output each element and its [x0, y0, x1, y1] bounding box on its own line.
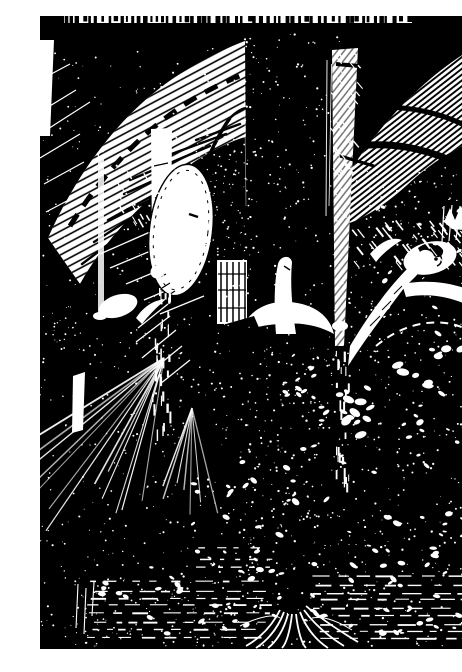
speckle-dot	[401, 332, 403, 334]
ground-streak	[226, 598, 240, 600]
speckle-dot	[383, 187, 384, 188]
speckle-dot	[344, 413, 345, 414]
speckle-dot	[137, 89, 138, 90]
speckle-dot	[372, 402, 374, 404]
speckle-dot	[275, 119, 277, 121]
speckle-dot	[190, 582, 191, 583]
speckle-dot	[301, 466, 303, 468]
speckle-dot	[342, 282, 344, 284]
speckle-dot	[174, 443, 175, 444]
speckle-dot	[310, 348, 311, 349]
speckle-dot	[391, 266, 392, 267]
speckle-dot	[370, 309, 372, 311]
speckle-dot	[125, 452, 126, 453]
speckle-dot	[277, 445, 278, 446]
speckle-dot	[286, 568, 287, 569]
speckle-dot	[261, 442, 263, 444]
speckle-dot	[414, 196, 416, 198]
speckle-dot	[266, 366, 267, 367]
speckle-dot	[433, 289, 435, 291]
speckle-dot	[443, 217, 445, 219]
speckle-dot	[324, 359, 325, 360]
speckle-dot	[342, 317, 343, 318]
speckle-dot	[285, 186, 287, 188]
ground-streak	[313, 608, 320, 609]
ground-streak	[339, 575, 348, 576]
speckle-dot	[363, 519, 365, 521]
speckle-dot	[306, 369, 307, 370]
speckle-dot	[405, 362, 406, 363]
speckle-dot	[277, 183, 279, 185]
speckle-dot	[316, 454, 318, 456]
speckle-dot	[255, 299, 257, 301]
speckle-dot	[195, 198, 196, 199]
speckle-dot	[415, 207, 417, 209]
ground-streak	[217, 547, 226, 548]
ground-streak	[446, 638, 456, 640]
speckle-dot	[225, 169, 227, 171]
ground-streak	[350, 593, 368, 595]
speckle-dot	[319, 401, 320, 402]
speckle-dot	[217, 254, 219, 256]
speckle-dot	[369, 335, 371, 337]
speckle-dot	[124, 579, 125, 580]
engraving-page: Underground cavern engraving Black-and-w…	[40, 16, 462, 656]
speckle-dot	[372, 515, 373, 516]
speckle-dot	[282, 404, 284, 406]
speckle-dot	[289, 259, 290, 260]
speckle-dot	[123, 185, 124, 186]
speckle-dot	[380, 196, 382, 198]
speckle-dot	[316, 515, 318, 517]
speckle-dot	[134, 114, 136, 116]
speckle-dot	[208, 221, 210, 223]
speckle-dot	[225, 608, 227, 610]
speckle-dot	[173, 144, 174, 145]
speckle-dot	[255, 139, 256, 140]
speckle-dot	[214, 193, 215, 194]
speckle-dot	[204, 61, 205, 62]
light-dash	[168, 355, 170, 363]
speckle-dot	[128, 189, 129, 190]
speckle-dot	[297, 200, 299, 202]
speckle-dot	[277, 434, 279, 436]
speckle-dot	[66, 307, 67, 308]
speckle-dot	[288, 614, 289, 615]
speckle-dot	[202, 224, 204, 226]
speckle-dot	[112, 633, 113, 634]
speckle-dot	[164, 327, 166, 329]
speckle-dot	[238, 419, 239, 420]
speckle-dot	[197, 642, 199, 644]
speckle-dot	[403, 424, 405, 426]
speckle-dot	[456, 200, 457, 201]
light-dash	[336, 470, 338, 479]
speckle-dot	[90, 405, 92, 407]
speckle-dot	[249, 216, 251, 218]
ground-streak	[331, 608, 345, 610]
speckle-dot	[96, 613, 97, 614]
speckle-dot	[83, 349, 85, 351]
speckle-dot	[196, 172, 198, 174]
speckle-dot	[226, 522, 228, 524]
speckle-dot	[218, 642, 219, 643]
speckle-dot	[172, 625, 174, 627]
speckle-dot	[247, 424, 248, 425]
speckle-dot	[440, 629, 442, 631]
speckle-dot	[229, 184, 230, 185]
speckle-dot	[173, 429, 175, 431]
speckle-dot	[248, 544, 249, 545]
speckle-dot	[245, 424, 247, 426]
speckle-dot	[381, 379, 382, 380]
speckle-dot	[288, 334, 290, 336]
speckle-dot	[200, 505, 201, 506]
speckle-dot	[282, 403, 283, 404]
speckle-dot	[388, 488, 389, 489]
speckle-dot	[222, 428, 223, 429]
speckle-dot	[106, 620, 107, 621]
speckle-dot	[68, 521, 69, 522]
speckle-dot	[411, 184, 412, 185]
speckle-dot	[260, 527, 262, 529]
speckle-dot	[338, 543, 339, 544]
speckle-dot	[125, 185, 127, 187]
speckle-dot	[327, 514, 328, 515]
speckle-dot	[318, 515, 320, 517]
speckle-dot	[295, 203, 297, 205]
speckle-dot	[172, 641, 174, 643]
speckle-dot	[250, 409, 251, 410]
speckle-dot	[313, 284, 315, 286]
speckle-dot	[135, 624, 137, 626]
speckle-dot	[365, 571, 366, 572]
ground-streak	[241, 581, 258, 582]
ground-streak	[223, 637, 236, 638]
speckle-dot	[215, 215, 216, 216]
speckle-dot	[305, 294, 307, 296]
speckle-dot	[199, 138, 200, 139]
speckle-dot	[330, 517, 332, 519]
speckle-dot	[49, 214, 50, 215]
speckle-dot	[365, 545, 366, 546]
ground-streak	[128, 622, 137, 624]
speckle-dot	[125, 525, 127, 527]
speckle-dot	[166, 519, 167, 520]
speckle-dot	[260, 378, 261, 379]
speckle-dot	[62, 396, 64, 398]
speckle-dot	[61, 348, 63, 350]
speckle-dot	[382, 533, 384, 535]
speckle-dot	[321, 99, 323, 101]
speckle-dot	[157, 249, 159, 251]
speckle-dot	[256, 572, 257, 573]
speckle-dot	[167, 600, 168, 601]
speckle-dot	[187, 548, 188, 549]
fringe-tick	[222, 16, 226, 23]
speckle-dot	[207, 134, 209, 136]
speckle-dot	[251, 375, 253, 377]
speckle-dot	[153, 618, 155, 620]
speckle-dot	[351, 433, 352, 434]
speckle-dot	[414, 181, 415, 182]
speckle-dot	[194, 212, 195, 213]
speckle-dot	[246, 190, 248, 192]
speckle-dot	[438, 365, 439, 366]
speckle-dot	[137, 206, 139, 208]
ground-streak	[184, 637, 192, 638]
speckle-dot	[213, 583, 214, 584]
speckle-dot	[127, 258, 128, 259]
speckle-dot	[129, 259, 130, 260]
speckle-dot	[372, 195, 373, 196]
speckle-dot	[230, 187, 231, 188]
speckle-dot	[441, 184, 442, 185]
speckle-dot	[452, 430, 454, 432]
speckle-dot	[49, 225, 51, 227]
speckle-dot	[310, 164, 312, 166]
speckle-dot	[314, 500, 316, 502]
speckle-dot	[349, 361, 351, 363]
ground-streak	[361, 615, 370, 617]
speckle-dot	[214, 351, 216, 353]
speckle-dot	[258, 645, 260, 647]
small-miner-face	[151, 266, 164, 279]
speckle-dot	[280, 167, 281, 168]
speckle-dot	[272, 516, 274, 518]
speckle-dot	[244, 81, 246, 83]
speckle-dot	[245, 489, 246, 490]
speckle-dot	[285, 149, 287, 151]
speckle-dot	[244, 250, 245, 251]
speckle-dot	[194, 530, 196, 532]
speckle-dot	[249, 556, 251, 558]
speckle-dot	[236, 301, 237, 302]
speckle-dot	[151, 191, 153, 193]
speckle-dot	[302, 415, 304, 417]
speckle-dot	[258, 466, 260, 468]
ground-streak	[337, 631, 349, 632]
speckle-dot	[258, 62, 259, 63]
speckle-dot	[251, 52, 252, 53]
speckle-dot	[408, 287, 409, 288]
speckle-dot	[113, 173, 115, 175]
speckle-dot	[93, 282, 94, 283]
speckle-dot	[196, 645, 197, 646]
ground-streak	[143, 622, 157, 624]
speckle-dot	[162, 568, 164, 570]
speckle-dot	[163, 642, 165, 644]
speckle-dot	[107, 144, 108, 145]
speckle-dot	[215, 625, 216, 626]
speckle-dot	[371, 282, 373, 284]
speckle-dot	[192, 68, 194, 70]
speckle-dot	[294, 540, 296, 542]
speckle-dot	[251, 562, 253, 564]
speckle-dot	[246, 301, 247, 302]
speckle-dot	[348, 544, 349, 545]
speckle-dot	[149, 302, 150, 303]
speckle-dot	[314, 402, 316, 404]
speckle-dot	[288, 390, 290, 392]
speckle-dot	[267, 68, 268, 69]
speckle-dot	[139, 598, 141, 600]
speckle-dot	[418, 343, 420, 345]
speckle-dot	[407, 342, 409, 344]
ground-streak	[374, 608, 382, 609]
speckle-dot	[213, 562, 214, 563]
speckle-dot	[314, 514, 316, 516]
speckle-dot	[275, 81, 277, 83]
speckle-dot	[85, 570, 86, 571]
speckle-dot	[276, 76, 277, 77]
speckle-dot	[212, 91, 214, 93]
speckle-dot	[339, 438, 340, 439]
speckle-dot	[253, 56, 255, 58]
speckle-dot	[368, 226, 370, 228]
ground-streak	[251, 547, 261, 548]
speckle-dot	[457, 423, 459, 425]
light-dash	[162, 392, 164, 402]
speckle-dot	[315, 234, 317, 236]
speckle-dot	[414, 528, 416, 530]
speckle-dot	[102, 150, 104, 152]
speckle-dot	[365, 316, 367, 318]
speckle-dot	[333, 456, 334, 457]
speckle-dot	[124, 355, 126, 357]
light-dash	[157, 343, 159, 348]
speckle-dot	[217, 343, 219, 345]
speckle-dot	[108, 587, 110, 589]
speckle-dot	[314, 526, 316, 528]
speckle-dot	[52, 544, 54, 546]
speckle-dot	[327, 402, 329, 404]
ground-streak	[260, 604, 272, 606]
speckle-dot	[304, 124, 305, 125]
speckle-dot	[205, 244, 207, 246]
speckle-dot	[79, 578, 80, 579]
speckle-dot	[136, 153, 137, 154]
speckle-dot	[445, 355, 446, 356]
speckle-dot	[250, 180, 252, 182]
ground-streak	[170, 598, 180, 599]
speckle-dot	[233, 151, 234, 152]
speckle-dot	[212, 48, 214, 50]
speckle-dot	[450, 501, 452, 503]
speckle-dot	[419, 181, 421, 183]
speckle-dot	[274, 284, 276, 286]
speckle-dot	[294, 33, 296, 35]
speckle-dot	[233, 173, 235, 175]
speckle-dot	[73, 395, 75, 397]
speckle-dot	[76, 632, 77, 633]
speckle-dot	[442, 207, 443, 208]
speckle-dot	[94, 97, 95, 98]
speckle-dot	[177, 588, 178, 589]
speckle-dot	[321, 404, 322, 405]
ground-streak	[196, 567, 206, 568]
speckle-dot	[427, 181, 428, 182]
ground-streak	[233, 604, 246, 606]
speckle-dot	[137, 280, 139, 282]
ground-streak	[119, 637, 131, 638]
speckle-dot	[388, 555, 389, 556]
fringe-tick	[131, 16, 134, 24]
speckle-dot	[410, 293, 412, 295]
speckle-dot	[308, 510, 309, 511]
speckle-dot	[377, 350, 379, 352]
speckle-dot	[433, 418, 434, 419]
speckle-dot	[180, 376, 182, 378]
ground-streak	[94, 622, 106, 623]
speckle-dot	[125, 125, 127, 127]
speckle-dot	[165, 645, 166, 646]
speckle-dot	[249, 254, 250, 255]
speckle-dot	[157, 192, 159, 194]
speckle-dot	[375, 351, 377, 353]
ground-streak	[265, 612, 270, 614]
speckle-dot	[132, 435, 134, 437]
speckle-dot	[235, 174, 236, 175]
speckle-dot	[249, 391, 251, 393]
speckle-dot	[232, 202, 233, 203]
speckle-dot	[291, 457, 293, 459]
speckle-dot	[278, 318, 280, 320]
speckle-dot	[203, 184, 204, 185]
light-dash	[345, 390, 347, 398]
speckle-dot	[155, 481, 157, 483]
ground-streak	[438, 615, 458, 616]
speckle-dot	[163, 351, 164, 352]
ground-streak	[165, 637, 177, 639]
speckle-dot	[441, 175, 443, 177]
speckle-dot	[348, 552, 349, 553]
speckle-dot	[250, 538, 251, 539]
speckle-dot	[331, 375, 332, 376]
speckle-dot	[277, 84, 279, 86]
ground-streak	[431, 608, 451, 609]
speckle-dot	[420, 284, 422, 286]
ground-streak	[375, 575, 392, 577]
speckle-dot	[248, 275, 249, 276]
speckle-dot	[152, 142, 154, 144]
speckle-dot	[423, 436, 425, 438]
speckle-dot	[424, 169, 426, 171]
speckle-dot	[310, 447, 311, 448]
speckle-dot	[103, 618, 105, 620]
ground-streak	[224, 612, 238, 614]
speckle-dot	[264, 431, 265, 432]
speckle-dot	[405, 610, 406, 611]
speckle-dot	[285, 473, 286, 474]
speckle-dot	[243, 529, 245, 531]
speckle-dot	[460, 507, 462, 509]
speckle-dot	[360, 351, 362, 353]
speckle-dot	[220, 165, 222, 167]
ground-streak	[410, 608, 422, 609]
speckle-dot	[127, 371, 129, 373]
speckle-dot	[399, 448, 400, 449]
speckle-dot	[250, 543, 251, 544]
fringe-tick	[185, 16, 190, 22]
speckle-dot	[270, 498, 271, 499]
ground-streak	[398, 575, 412, 576]
speckle-dot	[293, 568, 295, 570]
speckle-dot	[236, 161, 237, 162]
speckle-dot	[337, 515, 338, 516]
speckle-dot	[425, 436, 426, 437]
speckle-dot	[256, 410, 257, 411]
